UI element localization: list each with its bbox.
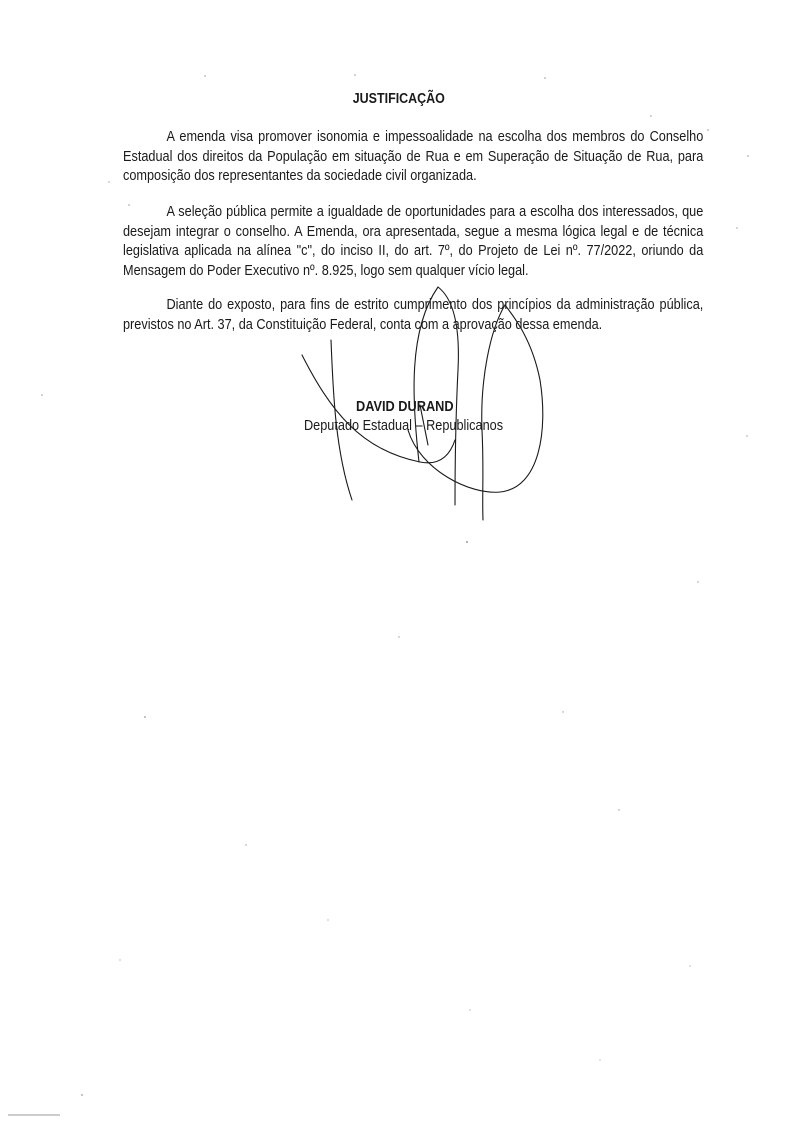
paragraph-3: Diante do exposto, para fins de estrito … <box>123 296 703 335</box>
paragraph-2: A seleção pública permite a igualdade de… <box>123 203 703 281</box>
document-page: JUSTIFICAÇÃO A emenda visa promover ison… <box>0 0 794 1123</box>
document-title: JUSTIFICAÇÃO <box>57 91 740 107</box>
signatory-role: Deputado Estadual – Republicanos <box>304 418 503 434</box>
paragraph-1: A emenda visa promover isonomia e impess… <box>123 128 703 187</box>
signatory-name: DAVID DURAND <box>356 399 454 415</box>
